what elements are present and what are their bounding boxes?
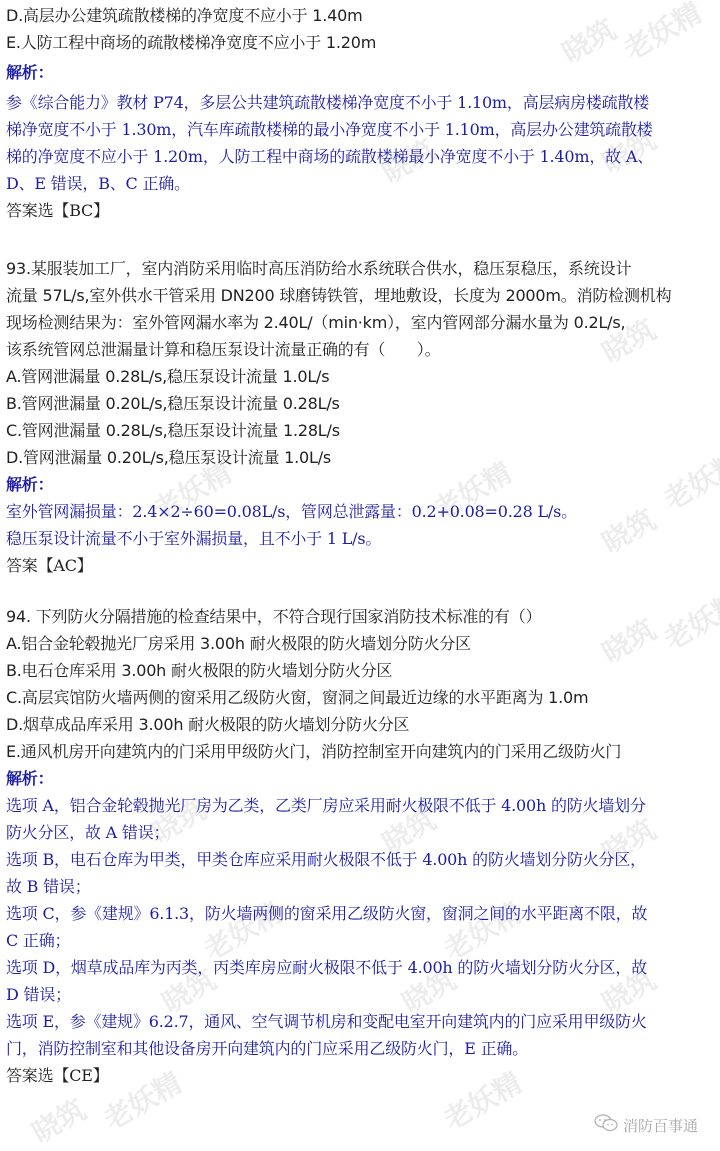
option-e: E.人防工程中商场的疏散楼梯净宽度不应小于 1.20m [6,30,712,56]
account-attribution: 消防百事通 [593,1113,698,1137]
explanation-text: 参《综合能力》教材 P74，多层公共建筑疏散楼梯净宽度不小于 1.10m，高层病… [6,90,712,116]
option-c: C.管网泄漏量 0.28L/s,稳压泵设计流量 1.28L/s [6,418,712,444]
option-b: B.电石仓库采用 3.00h 耐火极限的防火墙划分防火分区 [6,658,712,684]
option-d: D.烟草成品库采用 3.00h 耐火极限的防火墙划分防火分区 [6,712,712,738]
explanation-text: 选项 C，参《建规》6.1.3，防火墙两侧的窗采用乙级防火窗，窗洞之间的水平距离… [6,901,712,927]
explanation-text: 选项 D，烟草成品库为丙类，丙类库房应耐火极限不低于 4.00h 的防火墙划分防… [6,955,712,981]
explanation-text: 选项 E，参《建规》6.2.7，通风、空气调节机房和变配电室开向建筑内的门应采用… [6,1009,712,1035]
explanation-text: 选项 B，电石仓库为甲类，甲类仓库应采用耐火极限不低于 4.00h 的防火墙划分… [6,847,712,873]
explanation-label: 解析： [6,60,712,86]
answer: 答案选【BC】 [6,198,712,224]
explanation-text: 防火分区，故 A 错误； [6,820,712,846]
explanation-text: 故 B 错误； [6,874,712,900]
explanation-text: C 正确； [6,928,712,954]
option-b: B.管网泄漏量 0.20L/s,稳压泵设计流量 0.28L/s [6,391,712,417]
answer: 答案选【CE】 [6,1063,712,1089]
document-page: 晓筑 老妖精 晓筑 晓筑 晓筑 老妖精 老妖精 老妖精 晓筑 晓筑 老妖精 晓筑… [0,0,720,1151]
option-a: A.铝合金轮毂抛光厂房采用 3.00h 耐火极限的防火墙划分防火分区 [6,631,712,657]
question-93-stem: 该系统管网总泄漏量计算和稳压泵设计流量正确的有（ ）。 [6,337,712,363]
watermark: 晓筑 [24,1089,93,1151]
question-94-stem: 94. 下列防火分隔措施的检查结果中，不符合现行国家消防技术标准的有（） [6,604,712,630]
explanation-text: 梯净宽度不小于 1.30m，汽车库疏散楼梯的最小净宽度不小于 1.10m，高层办… [6,117,712,143]
question-93-stem: 93.某服装加工厂，室内消防采用临时高压消防给水系统联合供水，稳压泵稳压，系统设… [6,256,712,282]
option-c: C.高层宾馆防火墙两侧的窗采用乙级防火窗，窗洞之间最近边缘的水平距离为 1.0m [6,685,712,711]
wechat-icon [593,1113,619,1137]
option-e: E.通风机房开向建筑内的门采用甲级防火门，消防控制室开向建筑内的门采用乙级防火门 [6,739,712,765]
explanation-text: 梯的净宽度不应小于 1.20m，人防工程中商场的疏散楼梯最小净宽度不小于 1.4… [6,144,712,170]
explanation-text: 室外管网漏损量：2.4×2÷60=0.08L/s，管网总泄露量：0.2+0.08… [6,499,712,525]
explanation-text: D、E 错误，B、C 正确。 [6,171,712,197]
explanation-text: D 错误； [6,982,712,1008]
explanation-text: 稳压泵设计流量不小于室外漏损量，且不小于 1 L/s。 [6,526,712,552]
question-93-stem: 流量 57L/s,室外供水干管采用 DN200 球磨铸铁管，埋地敷设，长度为 2… [6,283,712,309]
account-name: 消防百事通 [623,1115,698,1136]
explanation-label: 解析： [6,766,712,792]
answer: 答案【AC】 [6,553,712,579]
question-93-stem: 现场检测结果为：室外管网漏水率为 2.40L/（min·km），室内管网部分漏水… [6,310,712,336]
explanation-text: 门，消防控制室和其他设备房开向建筑内的门应采用乙级防火门，E 正确。 [6,1036,712,1062]
option-a: A.管网泄漏量 0.28L/s,稳压泵设计流量 1.0L/s [6,364,712,390]
option-d: D.高层办公建筑疏散楼梯的净宽度不应小于 1.40m [6,3,712,29]
explanation-text: 选项 A，铝合金轮毂抛光厂房为乙类，乙类厂房应采用耐火极限不低于 4.00h 的… [6,793,712,819]
explanation-label: 解析： [6,472,712,498]
option-d: D.管网泄漏量 0.20L/s,稳压泵设计流量 1.0L/s [6,445,712,471]
